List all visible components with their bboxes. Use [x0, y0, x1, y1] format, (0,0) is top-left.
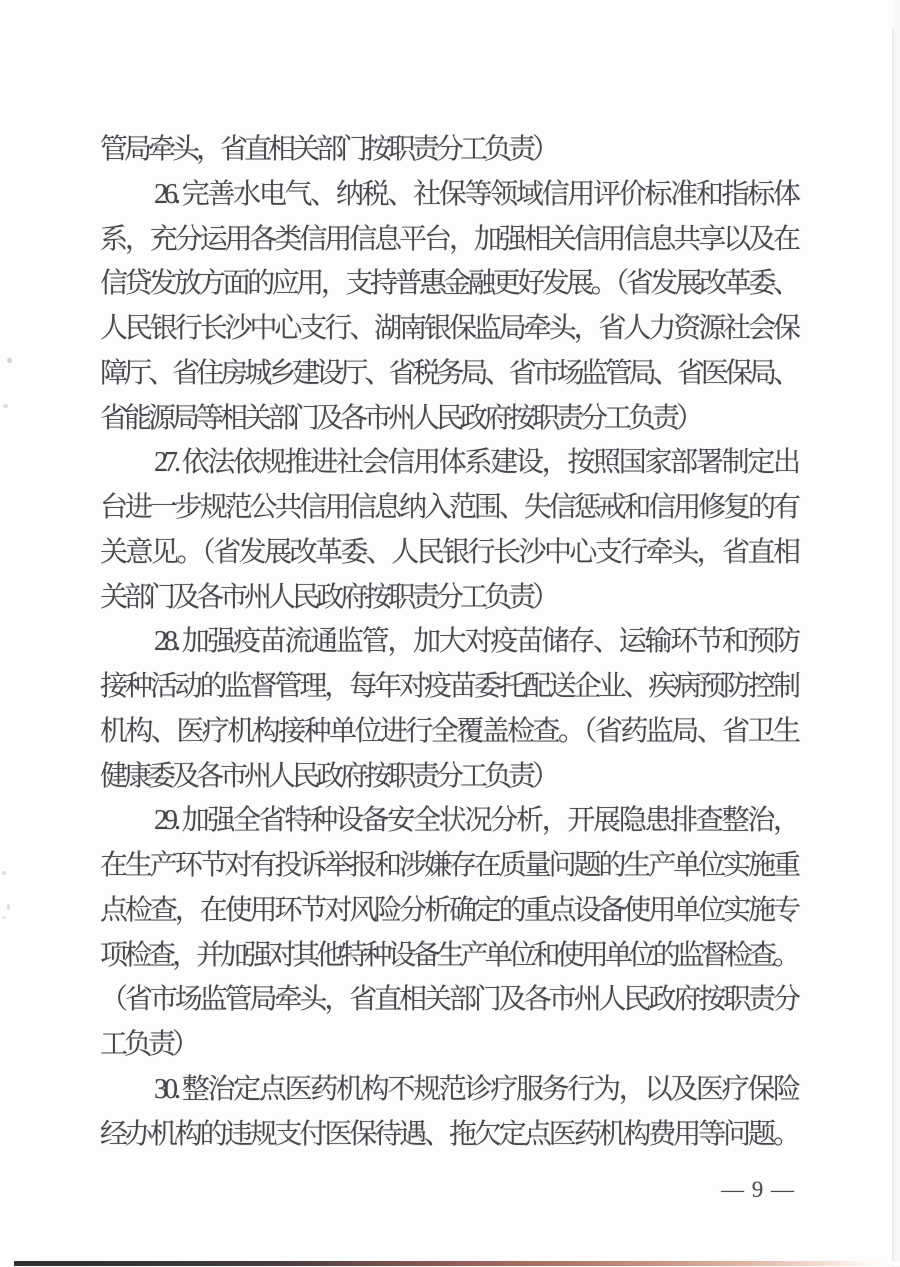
document-line: 机构、医疗机构接种单位进行全覆盖检查。（省药监局、省卫生 [100, 710, 797, 755]
scan-speck [7, 904, 10, 910]
scan-speck [2, 916, 6, 919]
scan-speck [3, 404, 8, 408]
document-line: 省能源局等相关部门及各市州人民政府按职责分工负责） [100, 397, 797, 442]
document-line: 接种活动的监督管理，每年对疫苗委托配送企业、疾病预防控制 [100, 665, 797, 710]
document-line: 经办机构的违规支付医保待遇、拖欠定点医药机构费用等问题。 [100, 1113, 797, 1158]
document-line: 信贷发放方面的应用，支持普惠金融更好发展。（省发展改革委、 [100, 262, 797, 307]
document-line: （省市场监管局牵头，省直相关部门及各市州人民政府按职责分 [100, 978, 797, 1023]
document-line: 障厅、省住房城乡建设厅、省税务局、省市场监管局、省医保局、 [100, 352, 797, 397]
document-line: 在生产环节对有投诉举报和涉嫌存在质量问题的生产单位实施重 [100, 844, 797, 889]
document-line: 管局牵头，省直相关部门按职责分工负责） [100, 128, 797, 173]
scan-bottom-edge [14, 1261, 900, 1266]
page-right-edge-line [892, 28, 894, 1267]
scan-right-margin-shade [894, 0, 900, 1267]
document-line: 点检查，在使用环节对风险分析确定的重点设备使用单位实施专 [100, 889, 797, 934]
document-line: 工负责） [100, 1023, 797, 1068]
document-line: 项检查，并加强对其他特种设备生产单位和使用单位的监督检查。 [100, 934, 797, 979]
document-line: 30. 整治定点医药机构不规范诊疗服务行为，以及医疗保险 [100, 1068, 797, 1113]
document-body: 管局牵头，省直相关部门按职责分工负责）26. 完善水电气、纳税、社保等领域信用评… [100, 128, 797, 1157]
document-line: 28. 加强疫苗流通监管，加大对疫苗储存、运输环节和预防 [100, 620, 797, 665]
document-line: 台进一步规范公共信用信息纳入范围、失信惩戒和信用修复的有 [100, 486, 797, 531]
document-line: 26. 完善水电气、纳税、社保等领域信用评价标准和指标体 [100, 173, 797, 218]
scan-speck [2, 871, 6, 875]
document-line: 健康委及各市州人民政府按职责分工负责） [100, 755, 797, 800]
document-line: 27. 依法依规推进社会信用体系建设，按照国家部署制定出 [100, 441, 797, 486]
scan-speck [7, 358, 12, 363]
document-line: 29. 加强全省特种设备安全状况分析，开展隐患排查整治， [100, 799, 797, 844]
document-line: 关部门及各市州人民政府按职责分工负责） [100, 576, 797, 621]
document-line: 人民银行长沙中心支行、湖南银保监局牵头，省人力资源社会保 [100, 307, 797, 352]
document-line: 关意见。（省发展改革委、人民银行长沙中心支行牵头，省直相 [100, 531, 797, 576]
document-line: 系，充分运用各类信用信息平台，加强相关信用信息共享以及在 [100, 218, 797, 263]
page-number: — 9 — [698, 1177, 818, 1203]
